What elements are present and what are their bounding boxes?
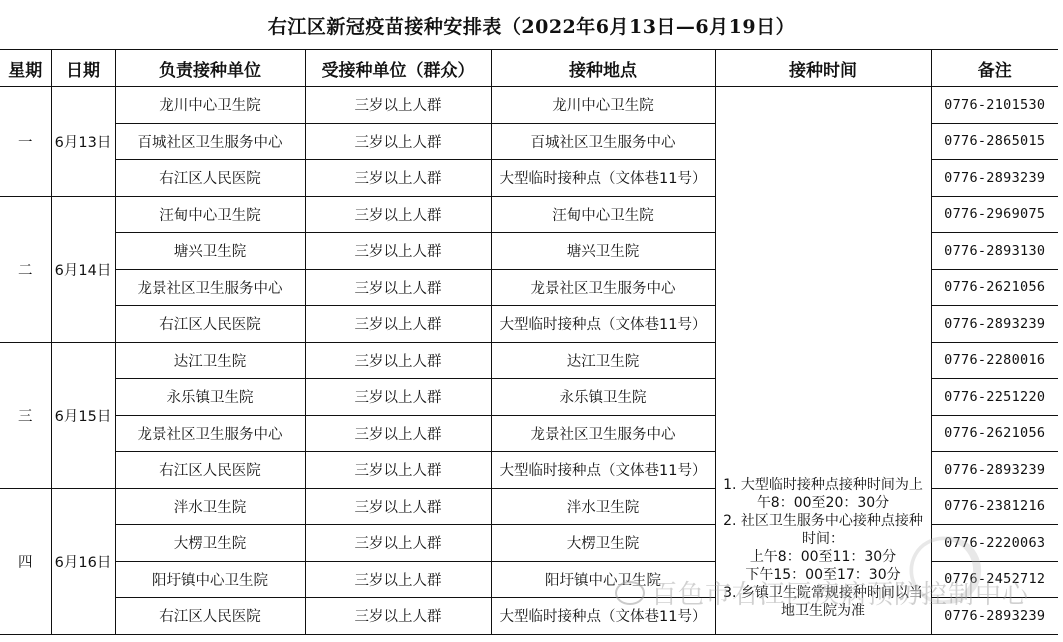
header-location: 接种地点 [491,50,715,87]
target-cell: 三岁以上人群 [305,561,491,598]
weekday-cell: 二 [0,196,51,342]
phone-cell: 0776-2621056 [931,269,1058,306]
location-cell: 大楞卫生院 [491,525,715,562]
target-cell: 三岁以上人群 [305,342,491,379]
location-cell: 塘兴卫生院 [491,233,715,270]
phone-cell: 0776-2893239 [931,306,1058,343]
timing-note-cell: 1. 大型临时接种点接种时间为上午8：00至20：30分 2. 社区卫生服务中心… [715,87,931,635]
location-cell: 龙景社区卫生服务中心 [491,415,715,452]
target-cell: 三岁以上人群 [305,415,491,452]
unit-cell: 龙川中心卫生院 [115,87,305,124]
location-cell: 泮水卫生院 [491,488,715,525]
unit-cell: 右江区人民医院 [115,452,305,489]
phone-cell: 0776-2893130 [931,233,1058,270]
date-cell: 6月14日 [51,196,115,342]
timing-note-line: 2. 社区卫生服务中心接种点接种时间： [718,512,929,548]
location-cell: 龙景社区卫生服务中心 [491,269,715,306]
date-cell: 6月16日 [51,488,115,634]
header-date: 日期 [51,50,115,87]
phone-cell: 0776-2893239 [931,598,1058,635]
timing-note-line: 3. 乡镇卫生院常规接种时间以当地卫生院为准 [718,584,929,620]
timing-note-line: 下午15：00至17：30分 [718,566,929,584]
target-cell: 三岁以上人群 [305,452,491,489]
unit-cell: 阳圩镇中心卫生院 [115,561,305,598]
location-cell: 大型临时接种点（文体巷11号） [491,452,715,489]
location-cell: 永乐镇卫生院 [491,379,715,416]
date-cell: 6月15日 [51,342,115,488]
unit-cell: 泮水卫生院 [115,488,305,525]
header-weekday: 星期 [0,50,51,87]
date-cell: 6月13日 [51,87,115,197]
unit-cell: 达江卫生院 [115,342,305,379]
target-cell: 三岁以上人群 [305,196,491,233]
phone-cell: 0776-2101530 [931,87,1058,124]
unit-cell: 右江区人民医院 [115,598,305,635]
location-cell: 龙川中心卫生院 [491,87,715,124]
unit-cell: 百城社区卫生服务中心 [115,123,305,160]
target-cell: 三岁以上人群 [305,598,491,635]
target-cell: 三岁以上人群 [305,160,491,197]
target-cell: 三岁以上人群 [305,379,491,416]
phone-cell: 0776-2220063 [931,525,1058,562]
unit-cell: 塘兴卫生院 [115,233,305,270]
location-cell: 汪甸中心卫生院 [491,196,715,233]
weekday-cell: 一 [0,87,51,197]
location-cell: 大型临时接种点（文体巷11号） [491,598,715,635]
target-cell: 三岁以上人群 [305,525,491,562]
timing-note-line: 上午8：00至11：30分 [718,548,929,566]
unit-cell: 永乐镇卫生院 [115,379,305,416]
target-cell: 三岁以上人群 [305,87,491,124]
phone-cell: 0776-2865015 [931,123,1058,160]
phone-cell: 0776-2251220 [931,379,1058,416]
weekday-cell: 三 [0,342,51,488]
unit-cell: 汪甸中心卫生院 [115,196,305,233]
vaccination-schedule-table: 星期 日期 负责接种单位 受接种单位（群众） 接种地点 接种时间 备注 一 6月… [0,49,1058,635]
phone-cell: 0776-2893239 [931,160,1058,197]
weekday-cell: 四 [0,488,51,634]
table-row: 一 6月13日 龙川中心卫生院 三岁以上人群 龙川中心卫生院 1. 大型临时接种… [0,87,1058,124]
location-cell: 达江卫生院 [491,342,715,379]
phone-cell: 0776-2280016 [931,342,1058,379]
header-time: 接种时间 [715,50,931,87]
location-cell: 大型临时接种点（文体巷11号） [491,160,715,197]
target-cell: 三岁以上人群 [305,233,491,270]
unit-cell: 右江区人民医院 [115,306,305,343]
unit-cell: 龙景社区卫生服务中心 [115,269,305,306]
target-cell: 三岁以上人群 [305,488,491,525]
location-cell: 大型临时接种点（文体巷11号） [491,306,715,343]
phone-cell: 0776-2969075 [931,196,1058,233]
phone-cell: 0776-2381216 [931,488,1058,525]
header-row: 星期 日期 负责接种单位 受接种单位（群众） 接种地点 接种时间 备注 [0,50,1058,87]
phone-cell: 0776-2452712 [931,561,1058,598]
location-cell: 阳圩镇中心卫生院 [491,561,715,598]
unit-cell: 龙景社区卫生服务中心 [115,415,305,452]
page-title: 右江区新冠疫苗接种安排表（2022年6月13日—6月19日） [0,12,1063,39]
target-cell: 三岁以上人群 [305,306,491,343]
target-cell: 三岁以上人群 [305,123,491,160]
header-target-group: 受接种单位（群众） [305,50,491,87]
location-cell: 百城社区卫生服务中心 [491,123,715,160]
unit-cell: 大楞卫生院 [115,525,305,562]
timing-note-line: 1. 大型临时接种点接种时间为上午8：00至20：30分 [718,476,929,512]
phone-cell: 0776-2621056 [931,415,1058,452]
header-remarks: 备注 [931,50,1058,87]
header-responsible-unit: 负责接种单位 [115,50,305,87]
phone-cell: 0776-2893239 [931,452,1058,489]
target-cell: 三岁以上人群 [305,269,491,306]
unit-cell: 右江区人民医院 [115,160,305,197]
